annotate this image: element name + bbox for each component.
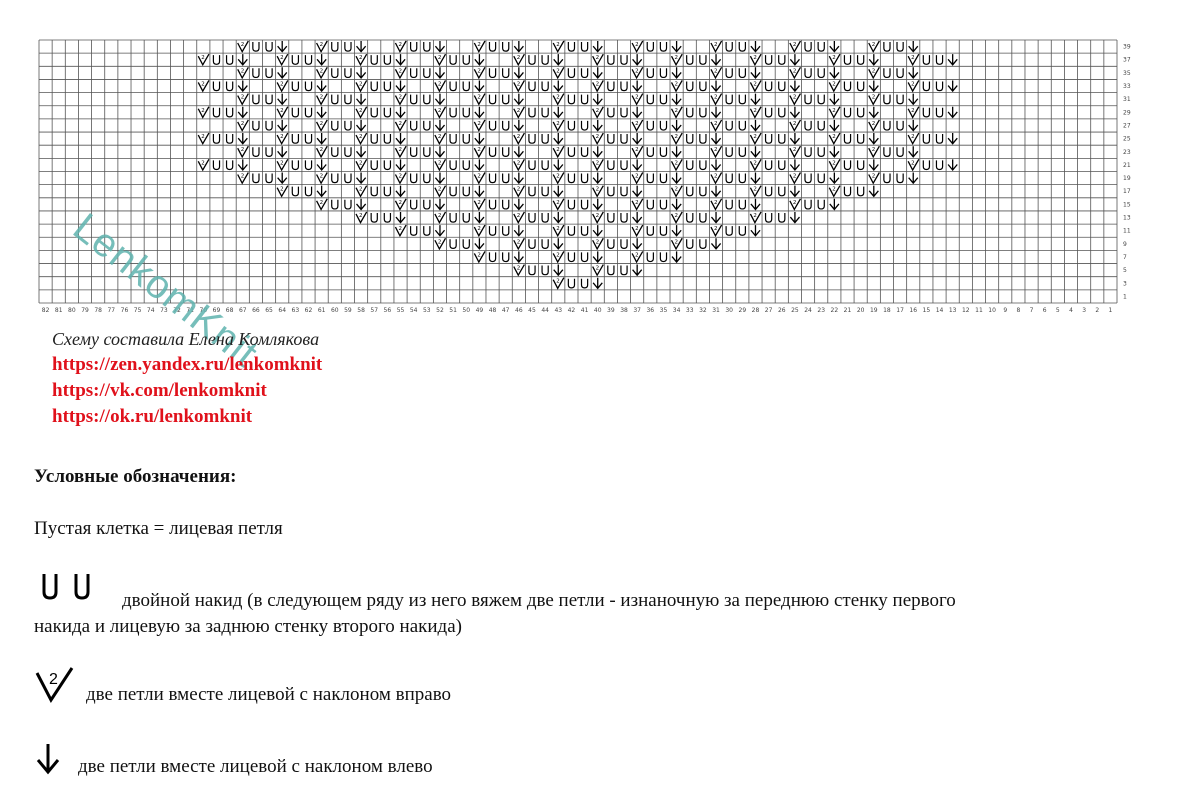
legend-double-yarn-over-text-2: накида и лицевую за заднюю стенку второг…	[34, 616, 462, 638]
svg-text:2: 2	[438, 239, 442, 245]
svg-text:2: 2	[201, 81, 205, 87]
svg-text:2: 2	[635, 68, 639, 74]
svg-text:33: 33	[686, 307, 694, 314]
svg-text:2: 2	[438, 187, 442, 193]
knitting-chart: 8281807978777675747372717069686766656463…	[0, 0, 1200, 320]
svg-text:82: 82	[42, 307, 50, 314]
svg-text:2: 2	[241, 95, 245, 101]
svg-text:31: 31	[1123, 96, 1131, 103]
svg-text:36: 36	[646, 307, 654, 314]
svg-text:37: 37	[1123, 57, 1131, 64]
svg-text:2: 2	[556, 68, 560, 74]
svg-text:66: 66	[252, 307, 260, 314]
svg-text:2: 2	[832, 81, 836, 87]
svg-text:2: 2	[753, 55, 757, 61]
svg-text:35: 35	[660, 307, 668, 314]
svg-text:2: 2	[872, 68, 876, 74]
svg-text:2: 2	[596, 187, 600, 193]
svg-text:3: 3	[1082, 307, 1086, 314]
svg-text:69: 69	[213, 307, 221, 314]
svg-text:2: 2	[280, 160, 284, 166]
svg-text:2: 2	[201, 55, 205, 61]
svg-text:56: 56	[384, 307, 392, 314]
svg-text:2: 2	[398, 68, 402, 74]
svg-text:61: 61	[318, 307, 326, 314]
svg-text:2: 2	[635, 226, 639, 232]
svg-text:19: 19	[1123, 175, 1131, 182]
svg-text:29: 29	[1123, 109, 1131, 116]
svg-text:2: 2	[556, 42, 560, 48]
svg-text:2: 2	[477, 174, 481, 180]
svg-text:2: 2	[359, 187, 363, 193]
svg-text:2: 2	[556, 121, 560, 127]
svg-text:2: 2	[241, 121, 245, 127]
svg-text:40: 40	[594, 307, 602, 314]
svg-text:2: 2	[832, 108, 836, 114]
svg-text:2: 2	[753, 187, 757, 193]
svg-text:2: 2	[675, 81, 679, 87]
svg-text:2: 2	[596, 160, 600, 166]
svg-text:47: 47	[502, 307, 510, 314]
svg-text:2: 2	[911, 160, 915, 166]
svg-text:81: 81	[55, 307, 63, 314]
svg-text:2: 2	[753, 81, 757, 87]
svg-text:2: 2	[753, 160, 757, 166]
svg-text:2: 2	[517, 239, 521, 245]
svg-text:24: 24	[804, 307, 812, 314]
svg-text:58: 58	[357, 307, 365, 314]
svg-text:2: 2	[280, 187, 284, 193]
svg-text:2: 2	[398, 42, 402, 48]
svg-text:2: 2	[438, 160, 442, 166]
svg-text:15: 15	[923, 307, 931, 314]
svg-text:25: 25	[791, 307, 799, 314]
svg-text:5: 5	[1123, 267, 1127, 274]
svg-text:2: 2	[675, 134, 679, 140]
svg-text:2: 2	[635, 42, 639, 48]
svg-text:2: 2	[477, 252, 481, 258]
svg-text:2: 2	[714, 174, 718, 180]
svg-text:2: 2	[556, 226, 560, 232]
svg-text:2: 2	[556, 252, 560, 258]
svg-text:2: 2	[635, 252, 639, 258]
svg-text:27: 27	[765, 307, 773, 314]
svg-text:2: 2	[793, 42, 797, 48]
svg-text:38: 38	[620, 307, 628, 314]
svg-text:49: 49	[476, 307, 484, 314]
svg-text:21: 21	[1123, 162, 1131, 169]
svg-text:79: 79	[81, 307, 89, 314]
svg-text:70: 70	[200, 307, 208, 314]
svg-text:2: 2	[359, 81, 363, 87]
svg-text:2: 2	[398, 200, 402, 206]
svg-text:2: 2	[438, 81, 442, 87]
svg-text:2: 2	[872, 95, 876, 101]
svg-text:2: 2	[832, 134, 836, 140]
svg-text:2: 2	[398, 226, 402, 232]
svg-text:2: 2	[793, 147, 797, 153]
link-vk[interactable]: https://vk.com/lenkomknit	[52, 380, 267, 402]
svg-text:30: 30	[725, 307, 733, 314]
svg-text:46: 46	[515, 307, 523, 314]
svg-text:2: 2	[832, 160, 836, 166]
svg-text:2: 2	[517, 55, 521, 61]
svg-text:8: 8	[1016, 307, 1020, 314]
svg-text:32: 32	[699, 307, 707, 314]
double-yarn-over-icon	[40, 572, 110, 602]
svg-text:34: 34	[673, 307, 681, 314]
svg-text:2: 2	[556, 95, 560, 101]
svg-text:48: 48	[489, 307, 497, 314]
svg-text:2: 2	[714, 226, 718, 232]
svg-text:25: 25	[1123, 136, 1131, 143]
svg-text:2: 2	[359, 213, 363, 219]
svg-text:71: 71	[186, 307, 194, 314]
svg-text:2: 2	[714, 42, 718, 48]
svg-text:2: 2	[320, 200, 324, 206]
legend-empty-cell-text: Пустая клетка = лицевая петля	[34, 518, 283, 540]
svg-text:67: 67	[239, 307, 247, 314]
svg-text:14: 14	[936, 307, 944, 314]
svg-text:2: 2	[793, 200, 797, 206]
svg-text:2: 2	[438, 134, 442, 140]
svg-text:2: 2	[517, 187, 521, 193]
svg-text:44: 44	[541, 307, 549, 314]
svg-text:4: 4	[1069, 307, 1073, 314]
legend-right-decrease-text: две петли вместе лицевой с наклоном впра…	[86, 684, 451, 706]
svg-text:75: 75	[134, 307, 142, 314]
svg-text:2: 2	[911, 55, 915, 61]
svg-text:2: 2	[635, 121, 639, 127]
svg-text:2: 2	[556, 147, 560, 153]
svg-text:53: 53	[423, 307, 431, 314]
svg-text:43: 43	[554, 307, 562, 314]
legend-double-yarn-over-text-1: двойной накид (в следующем ряду из него …	[122, 590, 956, 612]
svg-text:2: 2	[793, 68, 797, 74]
svg-text:2: 2	[556, 174, 560, 180]
svg-text:29: 29	[739, 307, 747, 314]
svg-text:2: 2	[793, 121, 797, 127]
svg-text:65: 65	[265, 307, 273, 314]
svg-text:11: 11	[1123, 228, 1131, 235]
svg-text:2: 2	[911, 134, 915, 140]
svg-text:26: 26	[778, 307, 786, 314]
svg-text:2: 2	[241, 174, 245, 180]
svg-text:2: 2	[280, 108, 284, 114]
svg-text:12: 12	[962, 307, 970, 314]
svg-text:2: 2	[477, 147, 481, 153]
svg-text:2: 2	[675, 213, 679, 219]
svg-text:35: 35	[1123, 70, 1131, 77]
svg-text:2: 2	[280, 81, 284, 87]
svg-text:2: 2	[517, 213, 521, 219]
svg-text:2: 2	[911, 108, 915, 114]
svg-text:45: 45	[528, 307, 536, 314]
svg-text:2: 2	[320, 174, 324, 180]
svg-text:1: 1	[1123, 293, 1127, 300]
svg-text:2: 2	[675, 55, 679, 61]
svg-text:76: 76	[121, 307, 129, 314]
svg-text:7: 7	[1123, 254, 1127, 261]
svg-text:23: 23	[817, 307, 825, 314]
link-zen[interactable]: https://zen.yandex.ru/lenkomknit	[52, 354, 322, 376]
svg-text:2: 2	[714, 68, 718, 74]
svg-text:17: 17	[896, 307, 904, 314]
svg-text:2: 2	[596, 108, 600, 114]
svg-text:2: 2	[714, 147, 718, 153]
svg-text:2: 2	[556, 200, 560, 206]
svg-text:9: 9	[1003, 307, 1007, 314]
svg-text:11: 11	[975, 307, 983, 314]
svg-text:2: 2	[635, 147, 639, 153]
svg-text:2: 2	[398, 147, 402, 153]
svg-text:15: 15	[1123, 201, 1131, 208]
svg-text:2: 2	[398, 121, 402, 127]
svg-text:2: 2	[320, 95, 324, 101]
svg-text:2: 2	[714, 121, 718, 127]
svg-text:13: 13	[949, 307, 957, 314]
svg-text:2: 2	[477, 200, 481, 206]
svg-text:5: 5	[1056, 307, 1060, 314]
svg-text:2: 2	[714, 95, 718, 101]
svg-text:2: 2	[596, 134, 600, 140]
svg-text:2: 2	[320, 68, 324, 74]
svg-text:2: 2	[635, 174, 639, 180]
svg-text:2: 2	[398, 174, 402, 180]
svg-text:39: 39	[1123, 44, 1131, 51]
link-ok[interactable]: https://ok.ru/lenkomknit	[52, 406, 252, 428]
svg-text:2: 2	[320, 42, 324, 48]
svg-text:2: 2	[477, 121, 481, 127]
svg-text:2: 2	[398, 95, 402, 101]
svg-text:10: 10	[988, 307, 996, 314]
svg-text:2: 2	[359, 55, 363, 61]
svg-text:2: 2	[635, 95, 639, 101]
svg-text:2: 2	[359, 134, 363, 140]
svg-text:2: 2	[201, 134, 205, 140]
svg-text:74: 74	[147, 307, 155, 314]
svg-text:2: 2	[556, 279, 560, 285]
svg-text:2: 2	[675, 108, 679, 114]
svg-text:23: 23	[1123, 149, 1131, 156]
svg-text:3: 3	[1123, 280, 1127, 287]
svg-text:72: 72	[173, 307, 181, 314]
svg-text:2: 2	[832, 55, 836, 61]
svg-text:2: 2	[596, 81, 600, 87]
svg-text:2: 2	[596, 266, 600, 272]
svg-text:2: 2	[49, 671, 58, 688]
svg-text:2: 2	[477, 226, 481, 232]
svg-text:51: 51	[449, 307, 457, 314]
svg-text:78: 78	[94, 307, 102, 314]
svg-text:2: 2	[477, 42, 481, 48]
svg-text:16: 16	[909, 307, 917, 314]
svg-text:2: 2	[753, 108, 757, 114]
svg-text:28: 28	[752, 307, 760, 314]
svg-text:2: 2	[241, 42, 245, 48]
svg-text:2: 2	[596, 239, 600, 245]
svg-text:2: 2	[438, 55, 442, 61]
svg-text:2: 2	[596, 213, 600, 219]
svg-text:42: 42	[568, 307, 576, 314]
svg-text:20: 20	[857, 307, 865, 314]
svg-text:39: 39	[607, 307, 615, 314]
svg-text:2: 2	[753, 134, 757, 140]
svg-text:17: 17	[1123, 188, 1131, 195]
svg-text:7: 7	[1030, 307, 1034, 314]
svg-text:2: 2	[438, 108, 442, 114]
svg-text:2: 2	[872, 174, 876, 180]
svg-text:2: 2	[596, 55, 600, 61]
svg-text:1: 1	[1109, 307, 1113, 314]
svg-text:2: 2	[517, 160, 521, 166]
svg-text:52: 52	[436, 307, 444, 314]
svg-text:6: 6	[1043, 307, 1047, 314]
svg-text:27: 27	[1123, 122, 1131, 129]
svg-text:2: 2	[438, 213, 442, 219]
svg-text:2: 2	[517, 134, 521, 140]
svg-text:2: 2	[714, 200, 718, 206]
author-credit: Схему составила Елена Комлякова	[52, 329, 319, 350]
svg-text:33: 33	[1123, 83, 1131, 90]
svg-text:77: 77	[107, 307, 115, 314]
svg-text:37: 37	[633, 307, 641, 314]
svg-text:2: 2	[675, 187, 679, 193]
left-decrease-icon	[36, 742, 60, 776]
svg-text:68: 68	[226, 307, 234, 314]
svg-text:9: 9	[1123, 241, 1127, 248]
svg-text:2: 2	[320, 147, 324, 153]
svg-text:21: 21	[844, 307, 852, 314]
svg-text:57: 57	[370, 307, 378, 314]
svg-text:60: 60	[331, 307, 339, 314]
svg-text:2: 2	[517, 108, 521, 114]
svg-text:59: 59	[344, 307, 352, 314]
svg-text:19: 19	[870, 307, 878, 314]
svg-text:64: 64	[278, 307, 286, 314]
svg-text:62: 62	[305, 307, 313, 314]
svg-text:2: 2	[359, 108, 363, 114]
svg-text:2: 2	[517, 266, 521, 272]
svg-text:2: 2	[359, 160, 363, 166]
svg-text:2: 2	[872, 42, 876, 48]
legend-title: Условные обозначения:	[34, 466, 236, 488]
svg-text:50: 50	[462, 307, 470, 314]
svg-text:18: 18	[883, 307, 891, 314]
svg-text:54: 54	[410, 307, 418, 314]
svg-text:31: 31	[712, 307, 720, 314]
svg-text:2: 2	[832, 187, 836, 193]
legend-left-decrease-text: две петли вместе лицевой с наклоном влев…	[78, 756, 433, 778]
svg-text:55: 55	[397, 307, 405, 314]
svg-text:2: 2	[793, 174, 797, 180]
svg-text:13: 13	[1123, 215, 1131, 222]
svg-text:2: 2	[793, 95, 797, 101]
svg-text:2: 2	[241, 147, 245, 153]
svg-text:80: 80	[68, 307, 76, 314]
right-decrease-icon: 2	[34, 664, 76, 704]
svg-text:2: 2	[675, 160, 679, 166]
svg-text:2: 2	[1095, 307, 1099, 314]
svg-text:2: 2	[201, 160, 205, 166]
svg-text:2: 2	[477, 68, 481, 74]
svg-text:2: 2	[675, 239, 679, 245]
svg-text:2: 2	[911, 81, 915, 87]
svg-text:2: 2	[201, 108, 205, 114]
svg-text:41: 41	[581, 307, 589, 314]
svg-text:2: 2	[280, 134, 284, 140]
svg-text:63: 63	[292, 307, 300, 314]
svg-text:2: 2	[320, 121, 324, 127]
svg-text:2: 2	[635, 200, 639, 206]
svg-text:2: 2	[753, 213, 757, 219]
svg-text:2: 2	[280, 55, 284, 61]
svg-text:2: 2	[241, 68, 245, 74]
svg-text:2: 2	[477, 95, 481, 101]
svg-text:2: 2	[517, 81, 521, 87]
svg-text:73: 73	[160, 307, 168, 314]
svg-text:2: 2	[872, 147, 876, 153]
svg-text:2: 2	[872, 121, 876, 127]
svg-text:22: 22	[831, 307, 839, 314]
